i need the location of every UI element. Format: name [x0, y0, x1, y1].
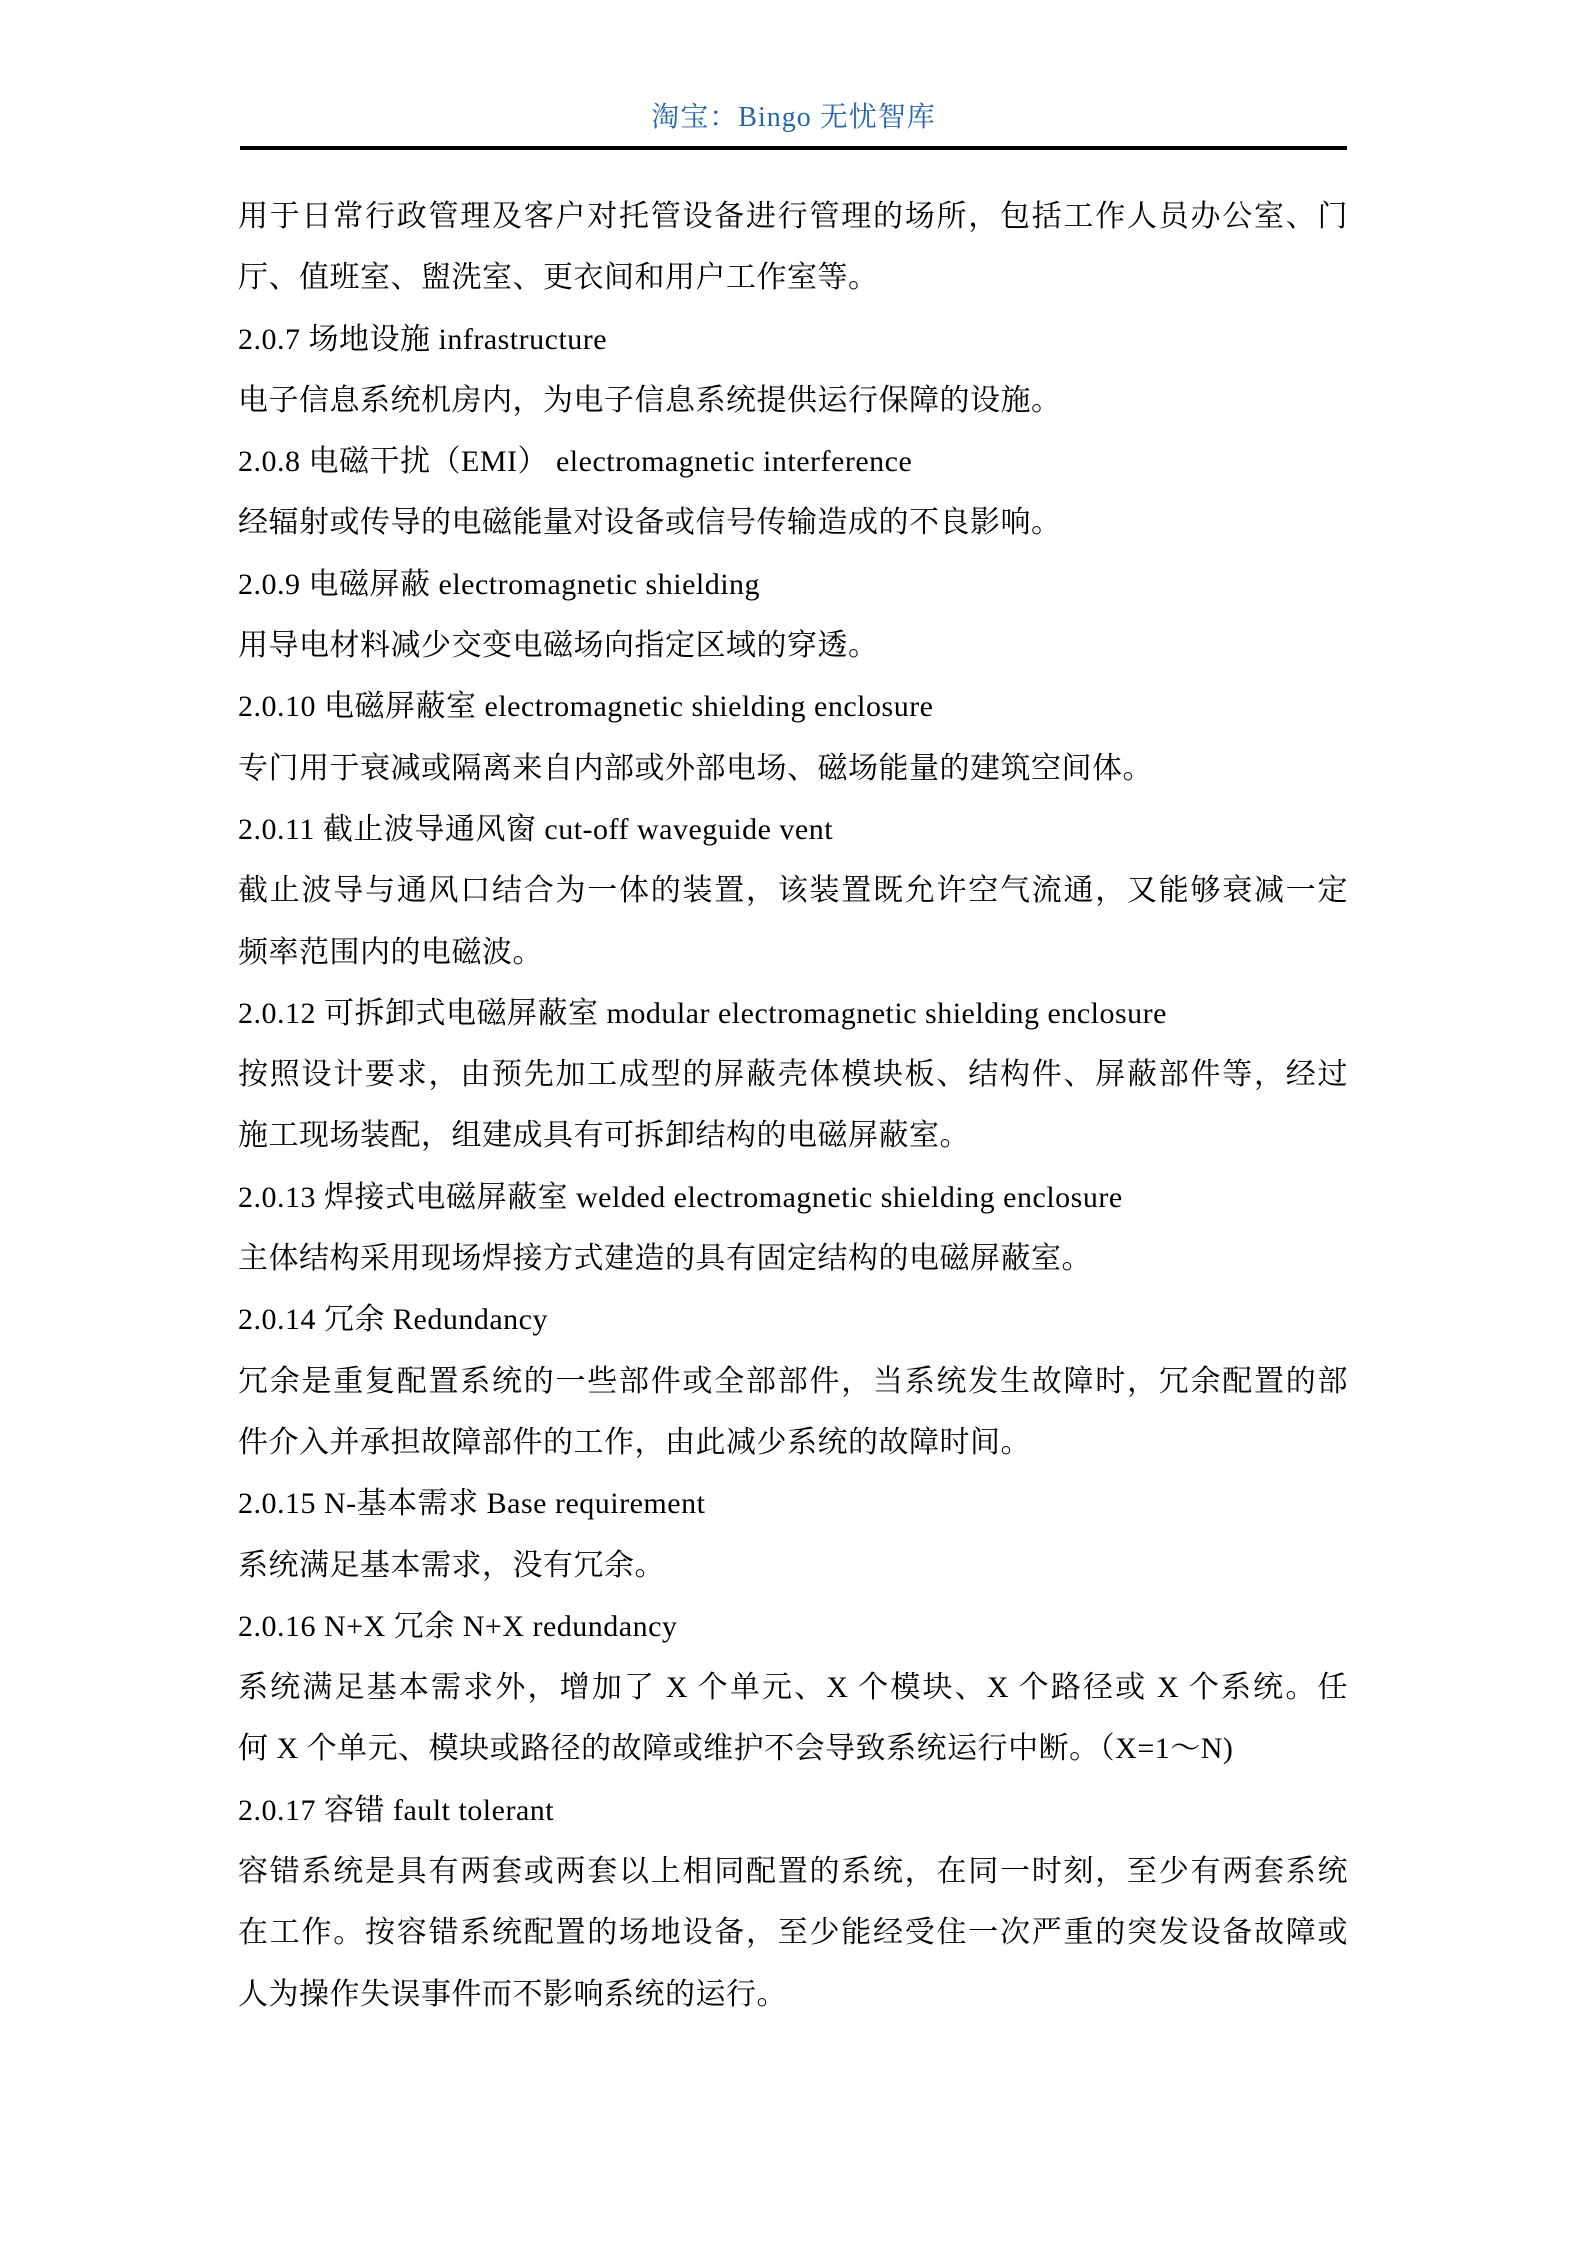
document-line: 2.0.10 电磁屏蔽室 electromagnetic shielding e… [238, 676, 1348, 737]
page-header-watermark: 淘宝：Bingo 无忧智库 [0, 98, 1587, 138]
header-rule-divider [240, 146, 1347, 150]
document-line: 件介入并承担故障部件的工作，由此减少系统的故障时间。 [238, 1412, 1348, 1473]
document-line: 人为操作失误事件而不影响系统的运行。 [238, 1964, 1348, 2025]
document-line: 主体结构采用现场焊接方式建造的具有固定结构的电磁屏蔽室。 [238, 1228, 1348, 1289]
document-line: 施工现场装配，组建成具有可拆卸结构的电磁屏蔽室。 [238, 1105, 1348, 1166]
document-line: 经辐射或传导的电磁能量对设备或信号传输造成的不良影响。 [238, 492, 1348, 553]
document-line: 用于日常行政管理及客户对托管设备进行管理的场所，包括工作人员办公室、门 [238, 186, 1348, 247]
document-line: 专门用于衰减或隔离来自内部或外部电场、磁场能量的建筑空间体。 [238, 738, 1348, 799]
document-line: 2.0.12 可拆卸式电磁屏蔽室 modular electromagnetic… [238, 983, 1348, 1044]
document-line: 2.0.8 电磁干扰（EMI） electromagnetic interfer… [238, 431, 1348, 492]
document-line: 用导电材料减少交变电磁场向指定区域的穿透。 [238, 615, 1348, 676]
document-line: 何 X 个单元、模块或路径的故障或维护不会导致系统运行中断。（X=1～N) [238, 1718, 1348, 1779]
document-page: 淘宝：Bingo 无忧智库 用于日常行政管理及客户对托管设备进行管理的场所，包括… [0, 0, 1587, 2245]
document-line: 频率范围内的电磁波。 [238, 922, 1348, 983]
document-line: 2.0.11 截止波导通风窗 cut-off waveguide vent [238, 799, 1348, 860]
document-line: 2.0.7 场地设施 infrastructure [238, 309, 1348, 370]
document-line: 2.0.9 电磁屏蔽 electromagnetic shielding [238, 554, 1348, 615]
document-line: 2.0.16 N+X 冗余 N+X redundancy [238, 1596, 1348, 1657]
document-line: 电子信息系统机房内，为电子信息系统提供运行保障的设施。 [238, 370, 1348, 431]
document-line: 2.0.15 N-基本需求 Base requirement [238, 1473, 1348, 1534]
document-line: 在工作。按容错系统配置的场地设备，至少能经受住一次严重的突发设备故障或 [238, 1902, 1348, 1963]
document-line: 冗余是重复配置系统的一些部件或全部部件，当系统发生故障时，冗余配置的部 [238, 1351, 1348, 1412]
document-line: 2.0.17 容错 fault tolerant [238, 1780, 1348, 1841]
document-line: 2.0.14 冗余 Redundancy [238, 1289, 1348, 1350]
document-line: 系统满足基本需求外，增加了 X 个单元、X 个模块、X 个路径或 X 个系统。任 [238, 1657, 1348, 1718]
document-line: 厅、值班室、盥洗室、更衣间和用户工作室等。 [238, 247, 1348, 308]
document-lines: 用于日常行政管理及客户对托管设备进行管理的场所，包括工作人员办公室、门厅、值班室… [238, 186, 1348, 2025]
document-line: 截止波导与通风口结合为一体的装置，该装置既允许空气流通，又能够衰减一定 [238, 860, 1348, 921]
document-line: 按照设计要求，由预先加工成型的屏蔽壳体模块板、结构件、屏蔽部件等，经过 [238, 1044, 1348, 1105]
document-line: 容错系统是具有两套或两套以上相同配置的系统，在同一时刻，至少有两套系统 [238, 1841, 1348, 1902]
document-line: 系统满足基本需求，没有冗余。 [238, 1535, 1348, 1596]
document-line: 2.0.13 焊接式电磁屏蔽室 welded electromagnetic s… [238, 1167, 1348, 1228]
